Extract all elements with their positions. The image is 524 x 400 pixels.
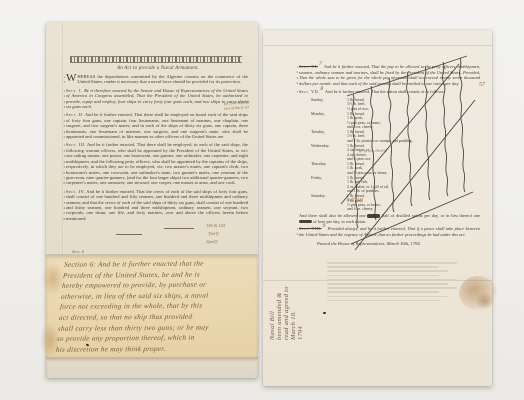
section-label: Sect. III. <box>66 142 86 147</box>
section-label: Sect. IV. <box>66 189 85 194</box>
section-1: 1 2 3 4 5 6 7 Sect. 1. Be it therefore e… <box>66 88 248 110</box>
ink-strikethrough <box>116 234 142 235</box>
printed-act-area: An Act to provide a Naval Armament. 1 2 … <box>46 22 258 255</box>
ornament-band <box>70 56 242 63</box>
section-text: Be it therefore enacted by the Senate an… <box>66 88 248 109</box>
handwritten-amendment-strip: Section 6: And be it further enacted tha… <box>46 255 258 358</box>
whereas-text: HEREAS the depredations committed by the… <box>77 74 248 84</box>
paper-stain <box>40 322 60 358</box>
bleed-through-text <box>327 262 457 304</box>
line-numbers: 1 2 <box>290 90 300 95</box>
line-numbers: 1 2 3 4 5 6 7 8 9 10 11 12 <box>57 143 67 185</box>
section-2: 1 2 3 4 5 6 7 Sect. II. And be it furthe… <box>66 112 248 139</box>
dropcap-w: W <box>66 74 77 83</box>
act-title: An Act to provide a Naval Armament. <box>66 66 250 71</box>
bottom-paper-strip <box>46 358 258 378</box>
handwritten-7: 7 <box>319 62 322 67</box>
whereas-clause: 1 2 3 WHEREAS the depredations committed… <box>66 74 248 85</box>
section-text: And be it further enacted, That the crew… <box>66 189 248 221</box>
paper-stain <box>475 292 495 310</box>
section-label-struck: Sect. VI. <box>299 64 318 69</box>
line-numbers: 1 2 3 4 5 6 7 <box>57 89 67 110</box>
ink-strikethrough <box>164 228 194 229</box>
margin-note-57: 57 <box>479 82 485 88</box>
line-numbers: 1 2 3 4 5 6 7 <box>57 113 67 139</box>
handwritten-9: 9 <box>323 224 326 229</box>
section-label: Sect. II. <box>66 112 84 117</box>
crossed-out-annotation <box>339 54 479 254</box>
photo-background: An Act to provide a Naval Armament. 1 2 … <box>0 0 524 400</box>
line-numbers: 1 2 3 4 5 6 7 8 9 <box>57 190 67 221</box>
margin-note-top: for four ships & two of thirty six <box>224 99 250 111</box>
handwritten-section-6: Section 6: And be it further enacted tha… <box>55 258 254 355</box>
handwritten-8: 8 <box>320 87 323 92</box>
section-text: And be it further enacted, That there sh… <box>66 142 248 185</box>
ink-speck <box>323 312 326 314</box>
paper-stain <box>42 262 64 296</box>
section-text: And be it further enacted, That there sh… <box>66 112 248 139</box>
section-4: 1 2 3 4 5 6 7 8 9 Sect. IV. And be it fu… <box>66 189 248 221</box>
line-numbers: 1 2 3 4 5 6 7 <box>290 65 300 86</box>
margin-note-150-103: 150 & 103 <box>206 223 225 228</box>
section-3: 1 2 3 4 5 6 7 8 9 10 11 12 Sect. III. An… <box>66 142 248 185</box>
section-label: Sect. 1. <box>66 88 83 93</box>
section-label: Sect. VII. <box>299 89 319 94</box>
right-document-page: 1 2 3 4 5 6 7 Sect. VI.7 And be it furth… <box>263 30 492 386</box>
dorsal-endorsement: Naval Bill been amended & read and agree… <box>269 190 305 340</box>
left-document-page: An Act to provide a Naval Armament. 1 2 … <box>46 22 258 378</box>
line-numbers: 1 2 3 <box>57 75 67 85</box>
